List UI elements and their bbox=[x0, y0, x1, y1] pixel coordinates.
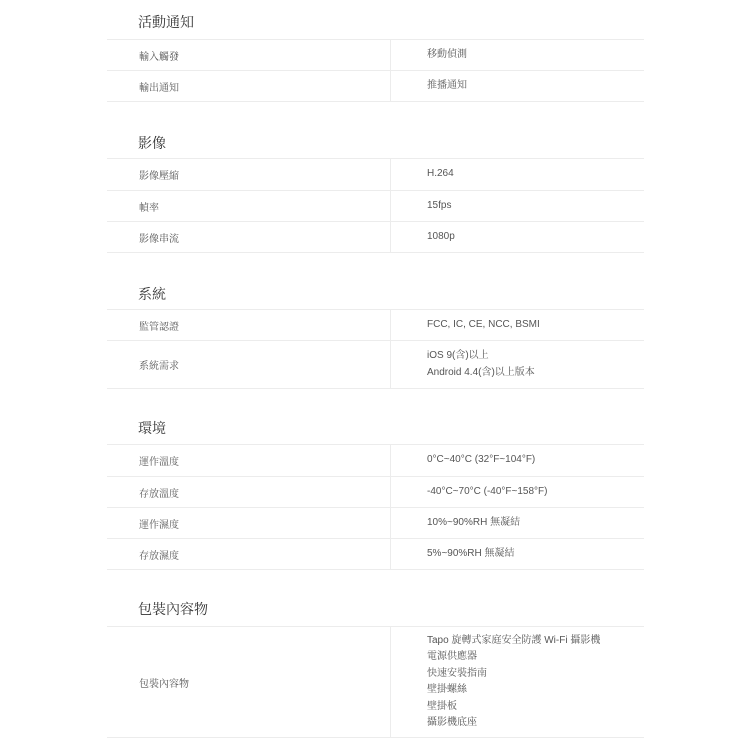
section-title: 影像 bbox=[138, 134, 166, 152]
spec-value: 移動偵測 bbox=[391, 40, 644, 70]
spec-value-line: 1080p bbox=[427, 229, 644, 246]
spec-value: 15fps bbox=[391, 191, 644, 221]
table-row: 存放濕度 5%~90%RH 無凝結 bbox=[107, 539, 644, 570]
spec-key: 運作濕度 bbox=[107, 508, 391, 538]
section-title: 系統 bbox=[138, 285, 166, 303]
spec-key: 輸入觸發 bbox=[107, 40, 391, 70]
spec-value: 推播通知 bbox=[391, 71, 644, 101]
table-row: 運作濕度 10%~90%RH 無凝結 bbox=[107, 508, 644, 539]
spec-table: 輸入觸發 移動偵測 輸出通知 推播通知 bbox=[107, 39, 644, 102]
table-row: 影像串流 1080p bbox=[107, 222, 644, 253]
spec-key: 輸出通知 bbox=[107, 71, 391, 101]
section-title: 環境 bbox=[138, 419, 166, 437]
table-row: 包裝內容物 Tapo 旋轉式家庭安全防護 Wi-Fi 攝影機 電源供應器 快速安… bbox=[107, 627, 644, 738]
spec-value: H.264 bbox=[391, 159, 644, 190]
spec-value-line: 攝影機底座 bbox=[427, 715, 644, 732]
spec-table: 影像壓縮 H.264 幀率 15fps 影像串流 1080p bbox=[107, 158, 644, 253]
spec-value-line: 移動偵測 bbox=[427, 47, 644, 64]
spec-value-line: Android 4.4(含)以上版本 bbox=[427, 365, 644, 382]
section-title: 活動通知 bbox=[138, 13, 194, 31]
spec-value-line: -40°C~70°C (-40°F~158°F) bbox=[427, 484, 644, 501]
spec-value-line: 推播通知 bbox=[427, 78, 644, 95]
spec-value-line: 壁掛板 bbox=[427, 699, 644, 716]
spec-value-line: 0°C~40°C (32°F~104°F) bbox=[427, 452, 644, 469]
spec-value: 0°C~40°C (32°F~104°F) bbox=[391, 445, 644, 476]
spec-table: 監管認證 FCC, IC, CE, NCC, BSMI 系統需求 iOS 9(含… bbox=[107, 309, 644, 389]
spec-value-line: 15fps bbox=[427, 198, 644, 215]
spec-value-line: H.264 bbox=[427, 166, 644, 183]
spec-key: 系統需求 bbox=[107, 341, 391, 388]
spec-key: 運作溫度 bbox=[107, 445, 391, 476]
spec-key: 存放濕度 bbox=[107, 539, 391, 569]
table-row: 影像壓縮 H.264 bbox=[107, 159, 644, 191]
spec-value-line: 電源供應器 bbox=[427, 649, 644, 666]
spec-value-line: 快速安裝指南 bbox=[427, 666, 644, 683]
spec-key: 存放溫度 bbox=[107, 477, 391, 507]
section-title: 包裝內容物 bbox=[138, 600, 208, 618]
spec-table: 運作溫度 0°C~40°C (32°F~104°F) 存放溫度 -40°C~70… bbox=[107, 444, 644, 570]
spec-key: 幀率 bbox=[107, 191, 391, 221]
spec-key: 監管認證 bbox=[107, 310, 391, 340]
spec-table: 包裝內容物 Tapo 旋轉式家庭安全防護 Wi-Fi 攝影機 電源供應器 快速安… bbox=[107, 626, 644, 738]
spec-key: 包裝內容物 bbox=[107, 627, 391, 737]
spec-value: Tapo 旋轉式家庭安全防護 Wi-Fi 攝影機 電源供應器 快速安裝指南 壁掛… bbox=[391, 627, 644, 737]
table-row: 監管認證 FCC, IC, CE, NCC, BSMI bbox=[107, 310, 644, 341]
spec-value: FCC, IC, CE, NCC, BSMI bbox=[391, 310, 644, 340]
table-row: 幀率 15fps bbox=[107, 191, 644, 222]
table-row: 存放溫度 -40°C~70°C (-40°F~158°F) bbox=[107, 477, 644, 508]
spec-value: 10%~90%RH 無凝結 bbox=[391, 508, 644, 538]
spec-value: iOS 9(含)以上 Android 4.4(含)以上版本 bbox=[391, 341, 644, 388]
spec-value-line: 10%~90%RH 無凝結 bbox=[427, 515, 644, 532]
spec-value: 5%~90%RH 無凝結 bbox=[391, 539, 644, 569]
spec-value-line: Tapo 旋轉式家庭安全防護 Wi-Fi 攝影機 bbox=[427, 633, 644, 650]
spec-value: 1080p bbox=[391, 222, 644, 252]
spec-key: 影像串流 bbox=[107, 222, 391, 252]
spec-value-line: 壁掛螺絲 bbox=[427, 682, 644, 699]
spec-value-line: 5%~90%RH 無凝結 bbox=[427, 546, 644, 563]
table-row: 輸出通知 推播通知 bbox=[107, 71, 644, 102]
spec-value: -40°C~70°C (-40°F~158°F) bbox=[391, 477, 644, 507]
table-row: 系統需求 iOS 9(含)以上 Android 4.4(含)以上版本 bbox=[107, 341, 644, 389]
spec-key: 影像壓縮 bbox=[107, 159, 391, 190]
spec-value-line: iOS 9(含)以上 bbox=[427, 348, 644, 365]
table-row: 運作溫度 0°C~40°C (32°F~104°F) bbox=[107, 445, 644, 477]
table-row: 輸入觸發 移動偵測 bbox=[107, 40, 644, 71]
spec-value-line: FCC, IC, CE, NCC, BSMI bbox=[427, 317, 644, 334]
